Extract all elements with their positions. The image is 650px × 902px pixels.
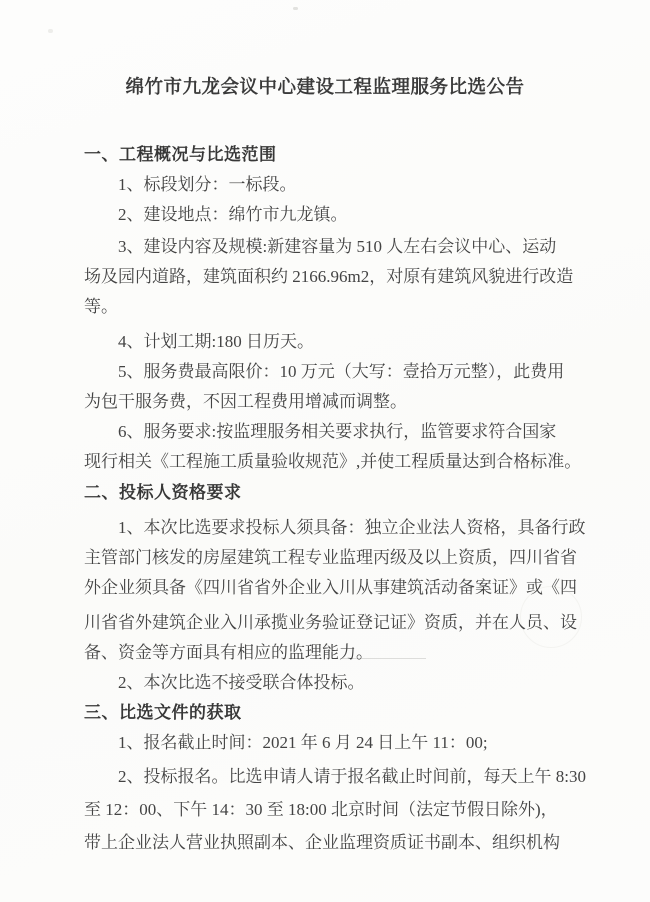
doc-line: 至 12：00、下午 14：30 至 18:00 北京时间（法定节假日除外)， — [84, 795, 566, 825]
section-heading-qualification: 二、投标人资格要求 — [84, 478, 566, 508]
section-heading-overview: 一、工程概况与比选范围 — [84, 140, 566, 170]
doc-line: 主管部门核发的房屋建筑工程专业监理丙级及以上资质，四川省省 — [84, 543, 566, 573]
doc-line: 现行相关《工程施工质量验收规范》,并使工程质量达到合格标准。 — [84, 447, 566, 477]
doc-line: 带上企业法人营业执照副本、企业监理资质证书副本、组织机构 — [84, 828, 566, 858]
scanned-document-page: 绵竹市九龙会议中心建设工程监理服务比选公告 一、工程概况与比选范围 1、标段划分… — [0, 0, 650, 902]
scan-speck — [48, 29, 53, 33]
doc-line: 备、资金等方面具有相应的监理能力。 — [84, 638, 566, 668]
doc-line: 1、本次比选要求投标人须具备：独立企业法人资格，具备行政 — [84, 513, 566, 543]
doc-line: 1、报名截止时间：2021 年 6 月 24 日上午 11：00; — [84, 728, 566, 758]
doc-line: 5、服务费最高限价：10 万元（大写：壹拾万元整），此费用 — [84, 357, 566, 387]
doc-line: 外企业须具备《四川省省外企业入川从事建筑活动备案证》或《四 — [84, 573, 566, 603]
doc-line: 4、计划工期:180 日历天。 — [84, 327, 566, 357]
doc-line: 川省省外建筑企业入川承揽业务验证登记证》资质，并在人员、设 — [84, 608, 566, 638]
document-title: 绵竹市九龙会议中心建设工程监理服务比选公告 — [84, 74, 566, 102]
doc-line: 2、本次比选不接受联合体投标。 — [84, 668, 566, 698]
doc-line: 2、建设地点：绵竹市九龙镇。 — [84, 200, 566, 230]
doc-line: 为包干服务费，不因工程费用增减而调整。 — [84, 387, 566, 417]
doc-line: 等。 — [84, 292, 566, 322]
document-content: 绵竹市九龙会议中心建设工程监理服务比选公告 一、工程概况与比选范围 1、标段划分… — [84, 0, 566, 858]
section-heading-documents: 三、比选文件的获取 — [84, 698, 566, 728]
doc-line: 6、服务要求:按监理服务相关要求执行，监管要求符合国家 — [84, 417, 566, 447]
doc-line: 3、建设内容及规模:新建容量为 510 人左右会议中心、运动 — [84, 232, 566, 262]
doc-line: 1、标段划分：一标段。 — [84, 170, 566, 200]
doc-line: 场及园内道路，建筑面积约 2166.96m2，对原有建筑风貌进行改造 — [84, 262, 566, 292]
doc-line: 2、投标报名。比选申请人请于报名截止时间前，每天上午 8:30 — [84, 762, 566, 792]
